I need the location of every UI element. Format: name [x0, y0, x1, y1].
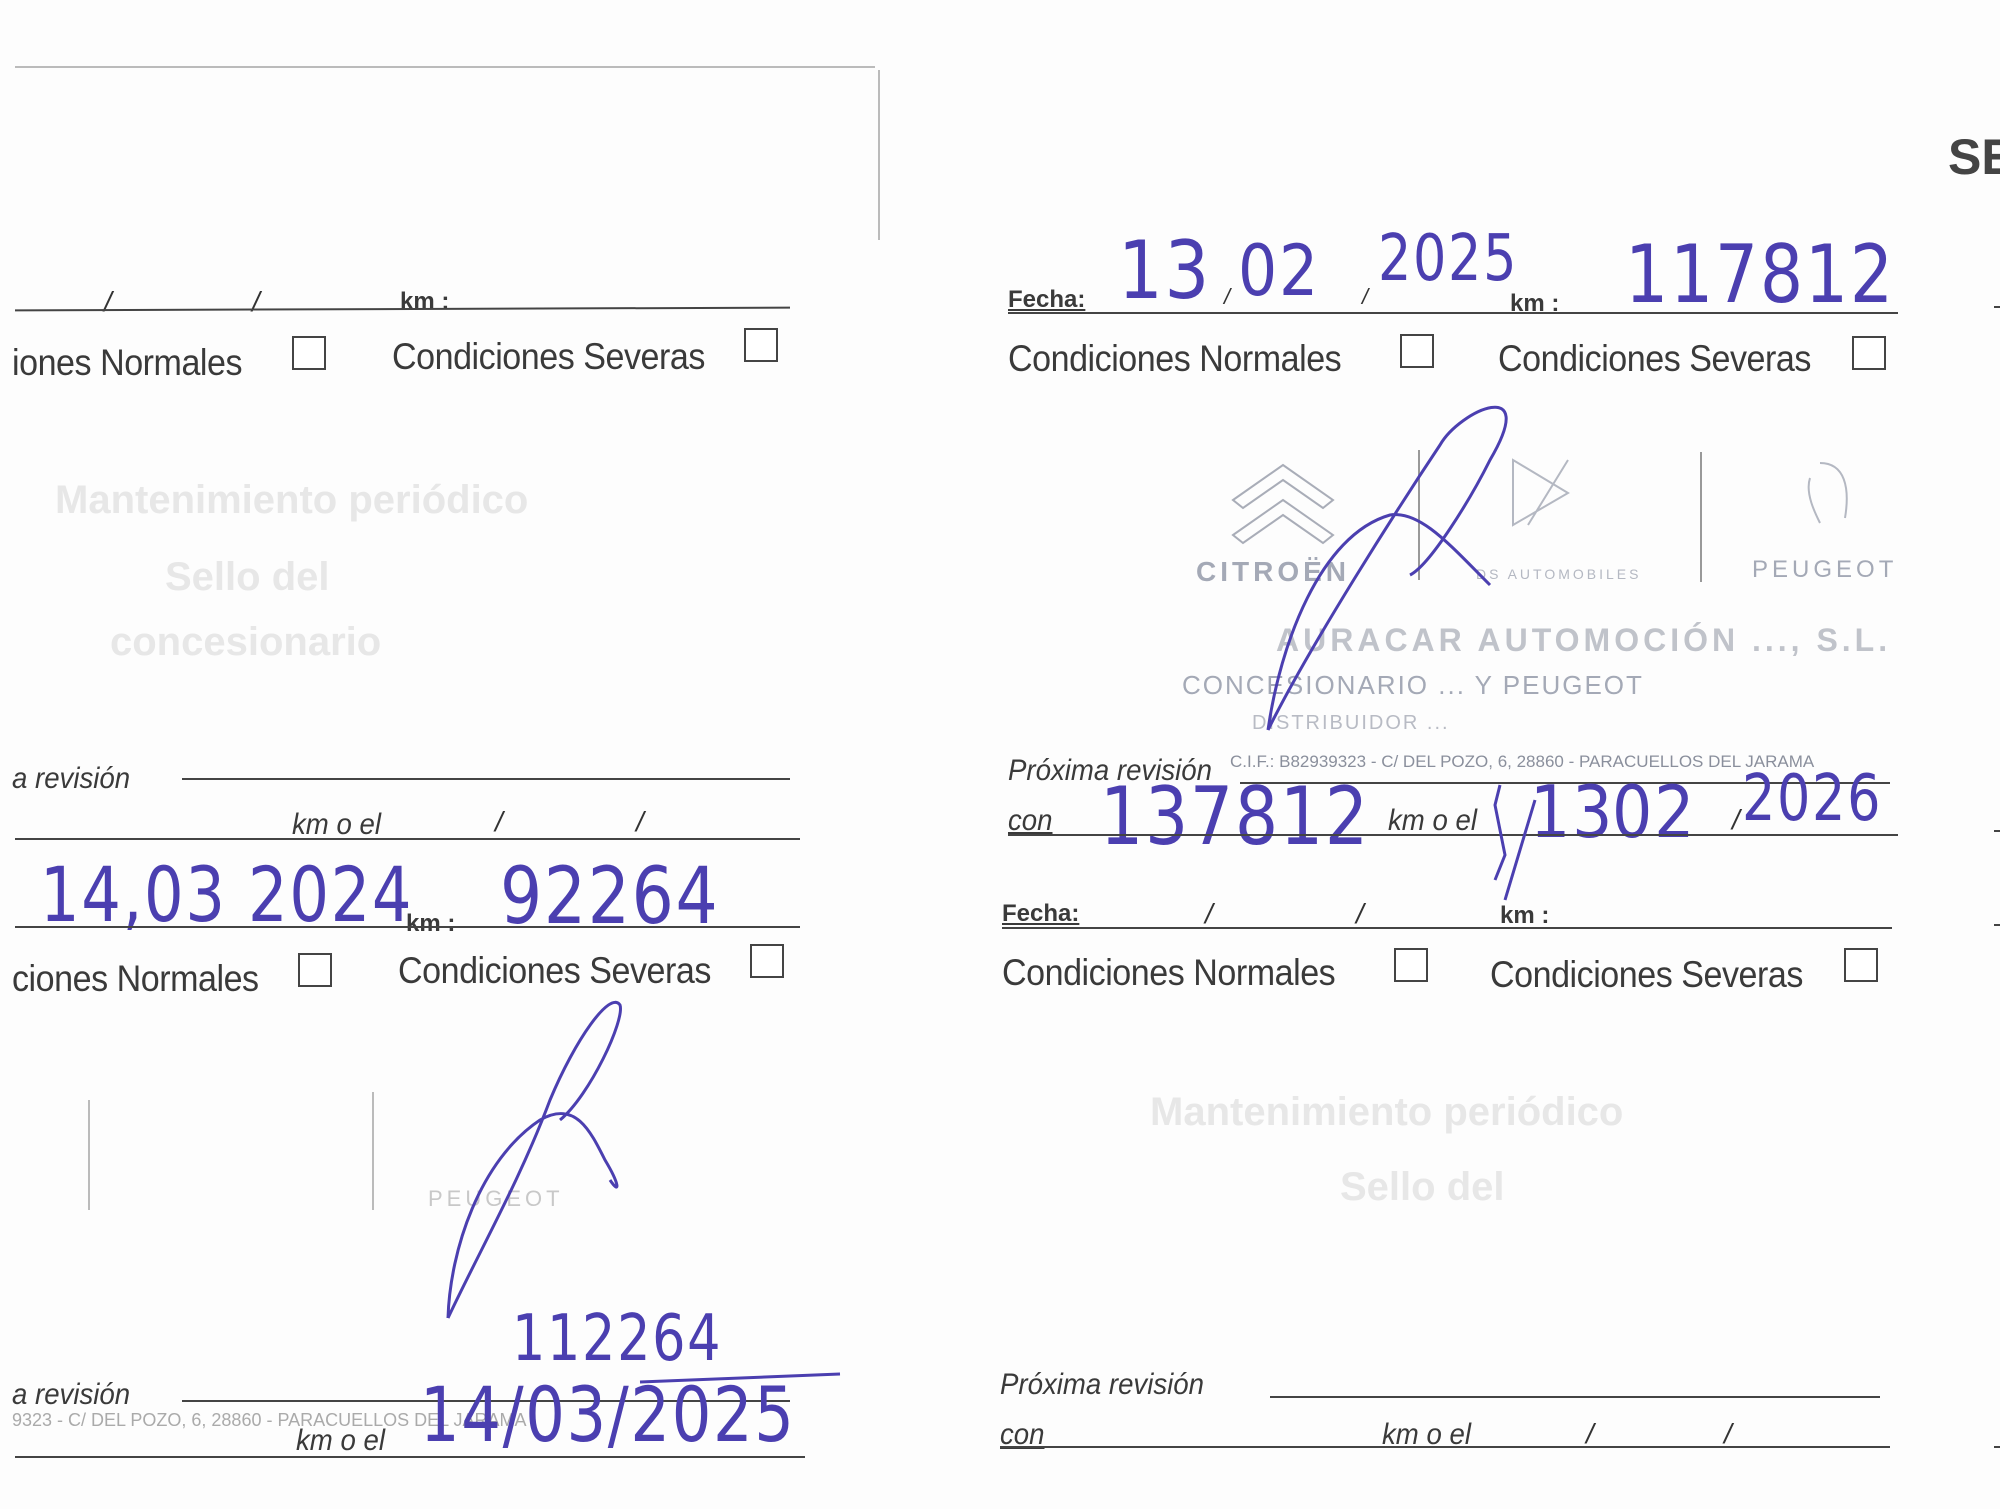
fecha-month-handwritten: 02	[1238, 230, 1320, 312]
panel-divider	[878, 70, 880, 240]
severas-label: Condiciones Severas	[1490, 954, 1803, 996]
cut-line	[1994, 924, 2000, 926]
date-separator: /	[252, 286, 260, 318]
ghost-heading: Sello del	[165, 555, 330, 600]
proxima-line[interactable]	[182, 778, 790, 780]
cut-line	[1994, 830, 2000, 832]
normales-checkbox[interactable]	[298, 953, 332, 987]
fecha-day-handwritten: 13	[1118, 224, 1211, 317]
km-label: km :	[406, 910, 455, 938]
normales-label: Condiciones Normales	[1002, 952, 1335, 994]
severas-label: Condiciones Severas	[1498, 338, 1811, 380]
date-separator: /	[495, 806, 503, 838]
stamp-line	[88, 1100, 90, 1210]
fecha-year-handwritten: 2025	[1378, 222, 1518, 296]
ghost-heading: concesionario	[110, 620, 381, 665]
normales-label: ciones Normales	[12, 958, 259, 1000]
severas-checkbox[interactable]	[750, 944, 784, 978]
signature-icon	[440, 1000, 660, 1330]
proxima-line[interactable]	[1270, 1396, 1880, 1398]
date-separator: /	[1224, 284, 1230, 310]
proxima-fecha-year-handwritten: 2026	[1742, 762, 1882, 836]
ink-stroke	[640, 1370, 840, 1390]
cut-line	[1994, 1446, 2000, 1448]
proxima-label: a revisión	[12, 762, 130, 796]
km-label: km :	[1500, 902, 1549, 930]
ghost-heading: Mantenimiento periódico	[1150, 1090, 1623, 1135]
con-line[interactable]	[1000, 1446, 1890, 1448]
stamp-divider	[1700, 452, 1702, 582]
normales-checkbox[interactable]	[292, 336, 326, 370]
proxima-label: a revisión	[12, 1378, 130, 1412]
km-o-el-label: km o el	[296, 1424, 385, 1458]
km-o-el-label: km o el	[292, 808, 381, 842]
severas-label: Condiciones Severas	[392, 336, 705, 378]
cut-line	[1994, 306, 2000, 308]
severas-checkbox[interactable]	[744, 328, 778, 362]
date-separator: /	[1362, 284, 1368, 310]
proxima-label: Próxima revisión	[1000, 1368, 1204, 1402]
fecha-line[interactable]	[1008, 312, 1898, 314]
km-handwritten: 92264	[500, 852, 719, 942]
severas-label: Condiciones Severas	[398, 950, 711, 992]
date-separator: /	[1356, 898, 1364, 930]
con-line[interactable]	[15, 1456, 805, 1458]
normales-label: Condiciones Normales	[1008, 338, 1341, 380]
severas-checkbox[interactable]	[1844, 948, 1878, 982]
fecha-label: Fecha:	[1002, 900, 1079, 928]
fecha-line[interactable]	[1002, 927, 1892, 929]
con-line[interactable]	[15, 838, 800, 840]
date-separator: /	[1205, 898, 1213, 930]
date-separator: /	[1732, 804, 1740, 836]
proxima-fecha-month-handwritten: 02	[1612, 770, 1696, 854]
km-handwritten: 117812	[1625, 228, 1895, 321]
peugeot-lion-icon	[1790, 458, 1860, 538]
severas-checkbox[interactable]	[1852, 336, 1886, 370]
km-label: km :	[400, 288, 449, 316]
con-label: con	[1008, 804, 1053, 838]
stamp-line	[372, 1092, 374, 1210]
normales-label: iones Normales	[12, 342, 242, 384]
ghost-heading: Mantenimiento periódico	[55, 478, 528, 523]
stamp-brand-peugeot: PEUGEOT	[1752, 556, 1897, 584]
normales-checkbox[interactable]	[1394, 948, 1428, 982]
date-separator: /	[636, 806, 644, 838]
ghost-heading: Sello del	[1340, 1165, 1505, 1210]
normales-checkbox[interactable]	[1400, 334, 1434, 368]
date-separator: /	[104, 286, 112, 318]
top-divider	[15, 66, 875, 68]
ink-stroke	[1500, 800, 1540, 910]
fecha-label: Fecha:	[1008, 286, 1085, 314]
fecha-line[interactable]	[15, 926, 800, 928]
section-heading: SE	[1948, 128, 2000, 186]
